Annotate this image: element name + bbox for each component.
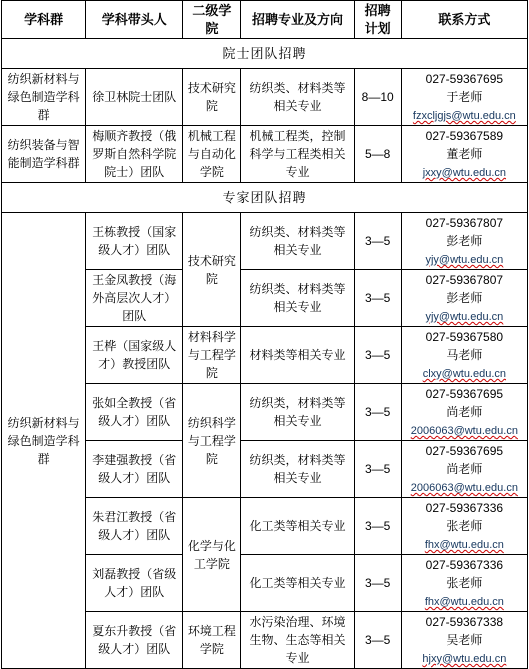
contact-teacher: 尚老师 — [405, 460, 524, 478]
table-row: 纺织新材料与绿色制造学科群 徐卫林院士团队 技术研究院 纺织类、材料类等相关专业… — [2, 69, 528, 126]
cell-leader: 王栋教授（国家级人才）团队 — [86, 213, 183, 270]
cell-leader: 徐卫林院士团队 — [86, 69, 183, 126]
cell-plan: 8—10 — [354, 69, 401, 126]
contact-teacher: 张老师 — [405, 574, 524, 592]
contact-phone: 027-59367807 — [405, 271, 524, 289]
section-title-academician: 院士团队招聘 — [2, 39, 528, 69]
recruitment-table: 学科群 学科带头人 二级学院 招聘专业及方向 招聘 计划 联系方式 院士团队招聘… — [1, 0, 528, 669]
cell-major: 化工类等相关专业 — [241, 555, 354, 612]
table-header-row: 学科群 学科带头人 二级学院 招聘专业及方向 招聘 计划 联系方式 — [2, 1, 528, 39]
contact-teacher: 尚老师 — [405, 403, 524, 421]
cell-contact: 027-59367807 彭老师 yjy@wtu.edu.cn — [401, 213, 527, 270]
cell-college: 技术研究院 — [183, 69, 241, 126]
cell-college: 环境工程学院 — [183, 612, 241, 669]
section-row-academician: 院士团队招聘 — [2, 39, 528, 69]
cell-contact: 027-59367695 尚老师 2006063@wtu.edu.cn — [401, 441, 527, 498]
contact-teacher: 董老师 — [405, 145, 524, 163]
cell-leader: 王桦（国家级人才）教授团队 — [86, 327, 183, 384]
cell-leader: 夏东升教授（省级人才）团队 — [86, 612, 183, 669]
cell-contact: 027-59367338 吴老师 hjxy@wtu.edu.cn — [401, 612, 527, 669]
cell-leader: 梅顺齐教授（俄罗斯自然科学院院士）团队 — [86, 126, 183, 183]
cell-plan: 3—5 — [354, 270, 401, 327]
cell-college: 技术研究院 — [183, 213, 241, 327]
contact-teacher: 彭老师 — [405, 289, 524, 307]
header-leader: 学科带头人 — [86, 1, 183, 39]
cell-leader: 张如全教授（省级人才）团队 — [86, 384, 183, 441]
contact-email-link[interactable]: clxy@wtu.edu.cn — [423, 367, 506, 381]
contact-phone: 027-59367695 — [405, 442, 524, 460]
cell-college: 机械工程与自动化学院 — [183, 126, 241, 183]
section-row-expert: 专家团队招聘 — [2, 183, 528, 213]
header-college: 二级学院 — [183, 1, 241, 39]
contact-email-link[interactable]: yjy@wtu.edu.cn — [425, 253, 503, 267]
cell-contact: 027-59367580 马老师 clxy@wtu.edu.cn — [401, 327, 527, 384]
cell-group: 纺织装备与智能制造学科群 — [2, 126, 86, 183]
cell-college: 材料科学与工程学院 — [183, 327, 241, 384]
cell-group: 纺织新材料与绿色制造学科群 — [2, 69, 86, 126]
cell-contact: 027-59367807 彭老师 yjy@wtu.edu.cn — [401, 270, 527, 327]
cell-plan: 5—8 — [354, 126, 401, 183]
contact-teacher: 张老师 — [405, 517, 524, 535]
contact-email-link[interactable]: jxxy@wtu.edu.cn — [423, 166, 506, 180]
cell-contact: 027-59367336 张老师 fhx@wtu.edu.cn — [401, 498, 527, 555]
cell-plan: 3—5 — [354, 555, 401, 612]
cell-plan: 3—5 — [354, 384, 401, 441]
contact-teacher: 吴老师 — [405, 631, 524, 649]
cell-group-merged: 纺织新材料与绿色制造学科群 — [2, 213, 86, 669]
contact-email-link[interactable]: 2006063@wtu.edu.cn — [411, 424, 518, 438]
cell-plan: 3—5 — [354, 441, 401, 498]
cell-leader: 王金凤教授（海外高层次人才）团队 — [86, 270, 183, 327]
header-contact: 联系方式 — [401, 1, 527, 39]
cell-major: 材料类等相关专业 — [241, 327, 354, 384]
cell-major: 纺织类、材料类等相关专业 — [241, 69, 354, 126]
header-plan: 招聘 计划 — [354, 1, 401, 39]
cell-contact: 027-59367589 董老师 jxxy@wtu.edu.cn — [401, 126, 527, 183]
cell-college: 化学与化工学院 — [183, 498, 241, 612]
cell-plan: 3—5 — [354, 327, 401, 384]
cell-major: 纺织类，材料类等相关专业 — [241, 441, 354, 498]
cell-major: 机械工程类，控制科学与工程类相关专业 — [241, 126, 354, 183]
contact-email-link[interactable]: fhx@wtu.edu.cn — [425, 538, 504, 552]
cell-contact: 027-59367695 于老师 fzxcljgjs@wtu.edu.cn — [401, 69, 527, 126]
section-title-expert: 专家团队招聘 — [2, 183, 528, 213]
contact-phone: 027-59367589 — [405, 127, 524, 145]
contact-email-link[interactable]: hjxy@wtu.edu.cn — [422, 652, 506, 666]
contact-email-link[interactable]: 2006063@wtu.edu.cn — [411, 481, 518, 495]
cell-contact: 027-59367695 尚老师 2006063@wtu.edu.cn — [401, 384, 527, 441]
contact-teacher: 马老师 — [405, 346, 524, 364]
contact-email-link[interactable]: fzxcljgjs@wtu.edu.cn — [413, 109, 516, 123]
cell-leader: 李建强教授（省级人才）团队 — [86, 441, 183, 498]
contact-phone: 027-59367580 — [405, 328, 524, 346]
contact-email-link[interactable]: yjy@wtu.edu.cn — [425, 310, 503, 324]
contact-phone: 027-59367695 — [405, 385, 524, 403]
contact-teacher: 彭老师 — [405, 232, 524, 250]
cell-plan: 3—5 — [354, 213, 401, 270]
contact-phone: 027-59367695 — [405, 70, 524, 88]
contact-email-link[interactable]: fhx@wtu.edu.cn — [425, 595, 504, 609]
recruitment-document: 学科群 学科带头人 二级学院 招聘专业及方向 招聘 计划 联系方式 院士团队招聘… — [0, 0, 529, 615]
cell-major: 水污染治理、环境生物、生态等相关专业 — [241, 612, 354, 669]
table-row: 纺织新材料与绿色制造学科群 王栋教授（国家级人才）团队 技术研究院 纺织类、材料… — [2, 213, 528, 270]
contact-phone: 027-59367338 — [405, 613, 524, 631]
cell-college: 纺织科学与工程学院 — [183, 384, 241, 498]
header-subject-group: 学科群 — [2, 1, 86, 39]
header-major: 招聘专业及方向 — [241, 1, 354, 39]
cell-major: 化工类等相关专业 — [241, 498, 354, 555]
cell-major: 纺织类、材料类等相关专业 — [241, 270, 354, 327]
table-row: 纺织装备与智能制造学科群 梅顺齐教授（俄罗斯自然科学院院士）团队 机械工程与自动… — [2, 126, 528, 183]
cell-major: 纺织类，材料类等相关专业 — [241, 384, 354, 441]
cell-major: 纺织类、材料类等相关专业 — [241, 213, 354, 270]
cell-leader: 刘磊教授（省级人才）团队 — [86, 555, 183, 612]
contact-phone: 027-59367336 — [405, 499, 524, 517]
cell-contact: 027-59367336 张老师 fhx@wtu.edu.cn — [401, 555, 527, 612]
contact-phone: 027-59367807 — [405, 214, 524, 232]
cell-plan: 3—5 — [354, 498, 401, 555]
cell-plan: 3—5 — [354, 612, 401, 669]
cell-leader: 朱君江教授（省级人才）团队 — [86, 498, 183, 555]
contact-teacher: 于老师 — [405, 88, 524, 106]
contact-phone: 027-59367336 — [405, 556, 524, 574]
